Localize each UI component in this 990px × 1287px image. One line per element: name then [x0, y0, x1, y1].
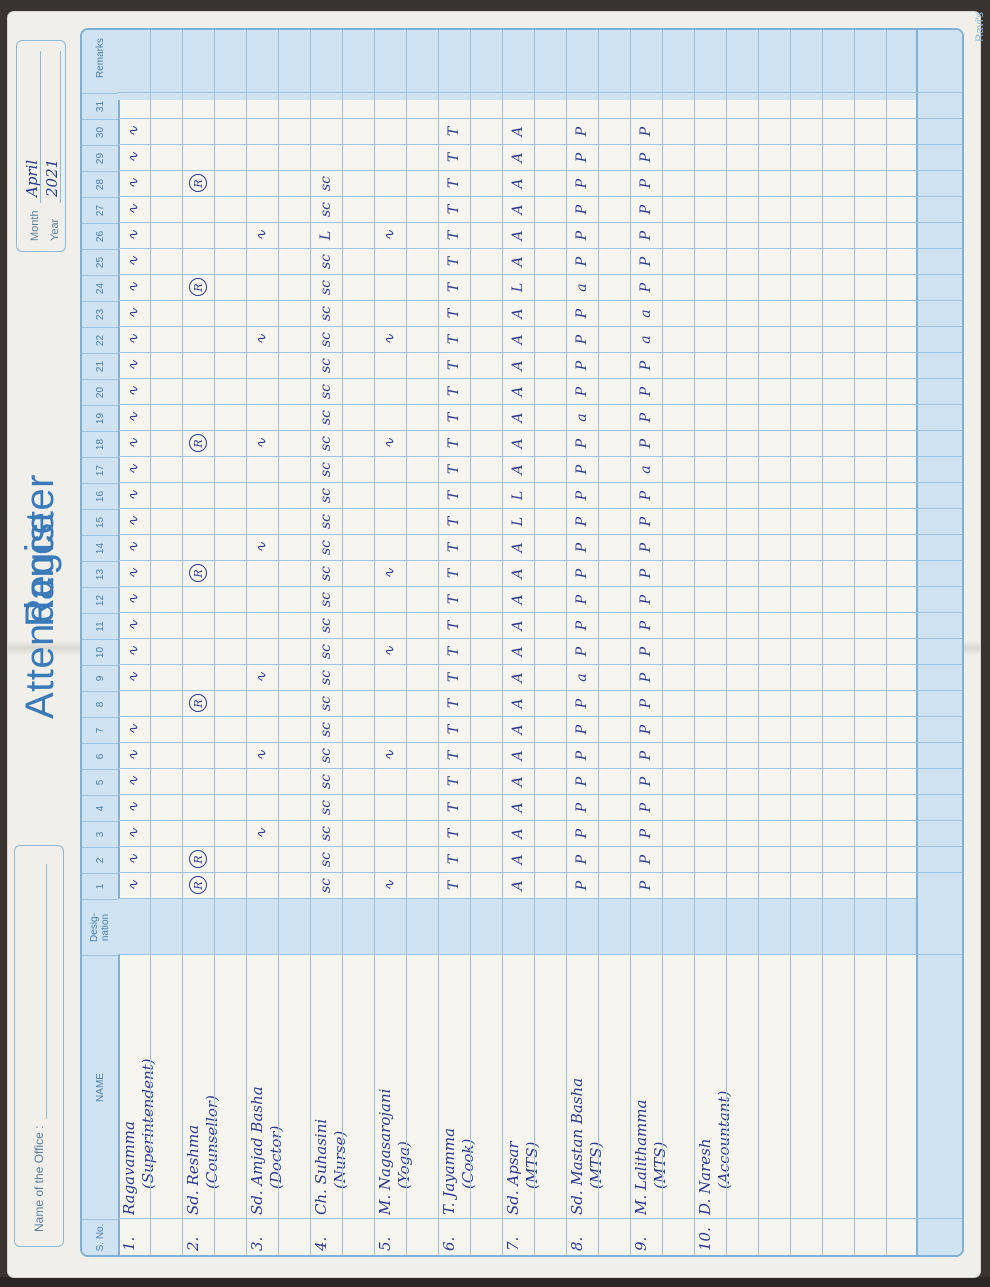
attendance-mark[interactable]: T [438, 690, 470, 717]
attendance-mark[interactable]: T [438, 248, 470, 275]
attendance-mark[interactable]: sc [310, 794, 342, 821]
signature-mark[interactable]: ∿ [118, 118, 150, 145]
attendance-mark[interactable]: T [438, 274, 470, 301]
attendance-mark[interactable]: P [630, 274, 662, 301]
mark-text: sc [318, 592, 334, 607]
mark-text: R [189, 435, 207, 453]
signature-mark[interactable]: ∿ [118, 430, 150, 457]
header-day: 30 [82, 119, 118, 145]
attendance-mark[interactable]: A [502, 742, 534, 769]
attendance-mark[interactable]: P [566, 586, 598, 613]
mark-text: ∿ [254, 672, 270, 684]
attendance-mark[interactable]: A [502, 456, 534, 483]
attendance-mark[interactable]: T [438, 404, 470, 431]
signature-mark[interactable]: ∿ [118, 586, 150, 613]
attendance-mark[interactable]: P [630, 612, 662, 639]
office-name-field[interactable]: Name of the Office : [14, 845, 64, 1247]
staff-sno: 7. [504, 1237, 522, 1251]
mark-text: T [446, 283, 462, 292]
attendance-mark[interactable]: sc [310, 170, 342, 197]
staff-name: Sd. Reshma [184, 1125, 202, 1215]
header-day: 14 [82, 535, 118, 561]
header-day: 19 [82, 405, 118, 431]
attendance-mark[interactable]: T [438, 664, 470, 691]
office-label: Name of the Office : [32, 1126, 46, 1233]
mark-text: a [574, 673, 590, 681]
attendance-mark[interactable]: P [630, 534, 662, 561]
grid-line [246, 30, 247, 1255]
attendance-mark[interactable]: T [438, 482, 470, 509]
signature-mark[interactable]: ∿ [246, 326, 278, 353]
attendance-mark[interactable]: P [630, 144, 662, 171]
attendance-mark[interactable]: P [566, 872, 598, 899]
grid-line [118, 638, 962, 639]
signature-mark[interactable]: ∿ [374, 222, 406, 249]
signature-mark[interactable]: ∿ [118, 742, 150, 769]
grid-line [118, 1218, 962, 1219]
attendance-mark[interactable]: a [630, 456, 662, 483]
mark-text: A [510, 256, 526, 266]
mark-text: T [446, 361, 462, 370]
attendance-mark[interactable]: a [566, 664, 598, 691]
mark-text: T [446, 647, 462, 656]
mark-text: P [574, 491, 590, 500]
attendance-mark[interactable]: A [502, 612, 534, 639]
attendance-mark[interactable]: P [630, 404, 662, 431]
mark-text: T [446, 387, 462, 396]
attendance-mark[interactable]: T [438, 300, 470, 327]
signature-mark[interactable]: ∿ [246, 820, 278, 847]
attendance-mark[interactable]: T [438, 846, 470, 873]
grid-line [118, 690, 962, 691]
attendance-mark[interactable]: P [566, 196, 598, 223]
staff-name-cell: D. Naresh(Accountant) [696, 957, 734, 1215]
attendance-mark[interactable]: A [502, 170, 534, 197]
mark-text: T [446, 231, 462, 240]
attendance-mark[interactable]: P [566, 690, 598, 717]
attendance-mark[interactable]: sc [310, 638, 342, 665]
attendance-mark[interactable]: P [566, 846, 598, 873]
signature-mark[interactable]: ∿ [118, 378, 150, 405]
mark-text: ∿ [126, 516, 142, 528]
mark-text: sc [318, 826, 334, 841]
header-day: 23 [82, 301, 118, 327]
attendance-mark[interactable]: T [438, 612, 470, 639]
attendance-mark[interactable]: sc [310, 430, 342, 457]
attendance-mark[interactable]: sc [310, 690, 342, 717]
attendance-mark[interactable]: sc [310, 248, 342, 275]
attendance-mark[interactable]: A [502, 404, 534, 431]
attendance-mark[interactable]: A [502, 820, 534, 847]
attendance-mark[interactable]: P [630, 820, 662, 847]
attendance-mark[interactable]: T [438, 170, 470, 197]
signature-mark[interactable]: ∿ [118, 144, 150, 171]
attendance-mark[interactable]: P [566, 118, 598, 145]
attendance-mark[interactable]: T [438, 326, 470, 353]
attendance-mark[interactable]: sc [310, 742, 342, 769]
attendance-mark[interactable]: a [566, 404, 598, 431]
mark-text: sc [318, 696, 334, 711]
attendance-mark[interactable]: T [438, 508, 470, 535]
staff-role: (Cook) [459, 957, 478, 1215]
mark-text: P [638, 127, 654, 136]
grid-line [118, 352, 962, 353]
signature-mark[interactable]: ∿ [118, 248, 150, 275]
signature-mark[interactable]: ∿ [118, 274, 150, 301]
attendance-mark[interactable]: A [502, 196, 534, 223]
header-day: 3 [82, 821, 118, 847]
attendance-mark[interactable]: A [502, 248, 534, 275]
mark-text: P [638, 855, 654, 864]
attendance-mark[interactable]: P [566, 456, 598, 483]
attendance-mark[interactable]: R [182, 430, 214, 457]
attendance-mark[interactable]: a [630, 326, 662, 353]
signature-mark[interactable]: ∿ [118, 534, 150, 561]
attendance-mark[interactable]: sc [310, 196, 342, 223]
mark-text: A [510, 152, 526, 162]
attendance-mark[interactable]: P [630, 690, 662, 717]
attendance-mark[interactable]: P [566, 170, 598, 197]
mark-text: T [446, 595, 462, 604]
attendance-mark[interactable]: sc [310, 560, 342, 587]
attendance-mark[interactable]: P [630, 742, 662, 769]
attendance-mark[interactable]: R [182, 846, 214, 873]
mark-text: P [574, 439, 590, 448]
signature-mark[interactable]: ∿ [246, 222, 278, 249]
attendance-mark[interactable]: T [438, 872, 470, 899]
attendance-mark[interactable]: P [630, 846, 662, 873]
mark-text: A [510, 620, 526, 630]
signature-mark[interactable]: ∿ [374, 638, 406, 665]
mark-text: sc [318, 852, 334, 867]
staff-role: (MTS) [587, 957, 606, 1215]
mark-text: a [574, 283, 590, 291]
attendance-mark[interactable]: A [502, 794, 534, 821]
signature-mark[interactable]: ∿ [118, 508, 150, 535]
attendance-mark[interactable]: A [502, 846, 534, 873]
attendance-mark[interactable]: T [438, 222, 470, 249]
attendance-mark[interactable]: P [630, 716, 662, 743]
attendance-mark[interactable]: P [566, 430, 598, 457]
signature-mark[interactable]: ∿ [118, 300, 150, 327]
mark-text: P [638, 829, 654, 838]
attendance-mark[interactable]: P [630, 508, 662, 535]
attendance-mark[interactable]: A [502, 560, 534, 587]
attendance-mark[interactable]: sc [310, 300, 342, 327]
grid-line [118, 92, 962, 93]
attendance-mark[interactable]: P [566, 716, 598, 743]
signature-mark[interactable]: ∿ [118, 326, 150, 353]
mark-text: A [510, 750, 526, 760]
signature-mark[interactable]: ∿ [118, 352, 150, 379]
grid-line [118, 664, 962, 665]
signature-mark[interactable]: ∿ [118, 170, 150, 197]
signature-mark[interactable]: ∿ [118, 846, 150, 873]
attendance-mark[interactable]: P [566, 638, 598, 665]
attendance-mark[interactable]: L [310, 222, 342, 249]
signature-mark[interactable]: ∿ [246, 664, 278, 691]
attendance-mark[interactable]: P [630, 222, 662, 249]
mark-text: ∿ [126, 334, 142, 346]
attendance-mark[interactable]: sc [310, 846, 342, 873]
header-name: NAME [82, 955, 118, 1219]
attendance-mark[interactable]: sc [310, 612, 342, 639]
attendance-mark[interactable]: P [566, 248, 598, 275]
attendance-mark[interactable]: P [566, 144, 598, 171]
attendance-mark[interactable]: P [630, 196, 662, 223]
attendance-mark[interactable]: R [182, 560, 214, 587]
mark-text: P [574, 465, 590, 474]
attendance-mark[interactable]: P [630, 768, 662, 795]
mark-text: sc [318, 644, 334, 659]
mark-text: ∿ [382, 646, 398, 658]
signature-mark[interactable]: ∿ [118, 482, 150, 509]
grid-line [118, 794, 962, 795]
signature-mark[interactable]: ∿ [118, 222, 150, 249]
attendance-mark[interactable]: L [502, 274, 534, 301]
mark-text: P [574, 699, 590, 708]
attendance-mark[interactable]: sc [310, 664, 342, 691]
attendance-mark[interactable]: sc [310, 872, 342, 899]
staff-name-cell: Ragavamma(Superintendent) [120, 957, 158, 1215]
mark-text: ∿ [126, 594, 142, 606]
mark-text: sc [318, 488, 334, 503]
attendance-mark[interactable]: P [630, 560, 662, 587]
attendance-mark[interactable]: T [438, 560, 470, 587]
signature-mark[interactable]: ∿ [374, 326, 406, 353]
attendance-mark[interactable]: P [630, 482, 662, 509]
header-day: 10 [82, 639, 118, 665]
signature-mark[interactable]: ∿ [374, 742, 406, 769]
attendance-mark[interactable]: R [182, 170, 214, 197]
attendance-mark[interactable]: A [502, 768, 534, 795]
staff-name: M. Nagasarojani [376, 1089, 394, 1215]
attendance-mark[interactable]: A [502, 872, 534, 899]
header-day: 27 [82, 197, 118, 223]
attendance-mark[interactable]: P [566, 534, 598, 561]
mark-text: T [446, 439, 462, 448]
attendance-mark[interactable]: P [630, 638, 662, 665]
attendance-mark[interactable]: P [566, 300, 598, 327]
mark-text: P [574, 153, 590, 162]
mark-text: sc [318, 618, 334, 633]
attendance-mark[interactable]: L [502, 482, 534, 509]
attendance-mark[interactable]: P [630, 664, 662, 691]
attendance-mark[interactable]: sc [310, 508, 342, 535]
attendance-mark[interactable]: L [502, 508, 534, 535]
grid-line [150, 30, 151, 1255]
attendance-mark[interactable]: A [502, 222, 534, 249]
mark-text: A [510, 698, 526, 708]
mark-text: T [446, 803, 462, 812]
signature-mark[interactable]: ∿ [118, 794, 150, 821]
attendance-mark[interactable]: T [438, 430, 470, 457]
grid-line [502, 30, 503, 1255]
year-value[interactable]: 2021 [44, 51, 61, 203]
attendance-mark[interactable]: T [438, 768, 470, 795]
attendance-mark[interactable]: sc [310, 482, 342, 509]
mark-text: ∿ [254, 750, 270, 762]
attendance-mark[interactable]: T [438, 378, 470, 405]
attendance-mark[interactable]: sc [310, 768, 342, 795]
attendance-mark[interactable]: R [182, 690, 214, 717]
attendance-mark[interactable]: T [438, 118, 470, 145]
attendance-mark[interactable]: A [502, 716, 534, 743]
attendance-mark[interactable]: A [502, 326, 534, 353]
attendance-mark[interactable]: T [438, 820, 470, 847]
attendance-mark[interactable]: A [502, 352, 534, 379]
attendance-mark[interactable]: A [502, 300, 534, 327]
mark-text: P [574, 205, 590, 214]
signature-mark[interactable]: ∿ [246, 534, 278, 561]
attendance-mark[interactable]: sc [310, 586, 342, 613]
attendance-mark[interactable]: P [630, 248, 662, 275]
mark-text: P [638, 439, 654, 448]
attendance-mark[interactable]: T [438, 144, 470, 171]
attendance-mark[interactable]: P [566, 742, 598, 769]
attendance-mark[interactable]: P [566, 378, 598, 405]
attendance-mark[interactable]: P [566, 508, 598, 535]
attendance-mark[interactable]: P [566, 612, 598, 639]
signature-mark[interactable]: ∿ [374, 430, 406, 457]
mark-text: ∿ [126, 724, 142, 736]
mark-text: sc [318, 566, 334, 581]
mark-text: R [189, 279, 207, 297]
signature-mark[interactable]: ∿ [246, 430, 278, 457]
attendance-mark[interactable]: P [630, 430, 662, 457]
mark-text: A [510, 360, 526, 370]
staff-sno: 10. [696, 1227, 714, 1251]
mark-text: P [574, 309, 590, 318]
attendance-mark[interactable]: P [630, 118, 662, 145]
signature-mark[interactable]: ∿ [118, 872, 150, 899]
attendance-mark[interactable]: sc [310, 274, 342, 301]
grid-line [118, 716, 962, 717]
attendance-mark[interactable]: T [438, 638, 470, 665]
mark-text: ∿ [126, 620, 142, 632]
grid-line [438, 30, 439, 1255]
staff-sno: 5. [376, 1237, 394, 1251]
attendance-mark[interactable]: T [438, 534, 470, 561]
attendance-mark[interactable]: P [630, 794, 662, 821]
attendance-mark[interactable]: T [438, 586, 470, 613]
signature-mark[interactable]: ∿ [118, 456, 150, 483]
attendance-mark[interactable]: A [502, 118, 534, 145]
attendance-mark[interactable]: T [438, 456, 470, 483]
attendance-mark[interactable]: P [566, 222, 598, 249]
mark-text: sc [318, 332, 334, 347]
attendance-mark[interactable]: A [502, 690, 534, 717]
attendance-mark[interactable]: A [502, 378, 534, 405]
attendance-mark[interactable]: A [502, 638, 534, 665]
attendance-mark[interactable]: a [566, 274, 598, 301]
attendance-mark[interactable]: sc [310, 456, 342, 483]
staff-name-cell: T. Jayamma(Cook) [440, 957, 478, 1215]
mark-text: ∿ [126, 282, 142, 294]
header-day: 15 [82, 509, 118, 535]
mark-text: P [638, 543, 654, 552]
mark-text: T [446, 179, 462, 188]
grid-line [118, 300, 962, 301]
attendance-mark[interactable]: P [630, 378, 662, 405]
attendance-mark[interactable]: P [566, 560, 598, 587]
mark-text: R [189, 851, 207, 869]
attendance-mark[interactable]: A [502, 430, 534, 457]
attendance-mark[interactable]: sc [310, 820, 342, 847]
attendance-mark[interactable]: P [566, 820, 598, 847]
mark-text: ∿ [126, 802, 142, 814]
attendance-mark[interactable]: T [438, 716, 470, 743]
signature-mark[interactable]: ∿ [118, 820, 150, 847]
attendance-mark[interactable]: T [438, 742, 470, 769]
attendance-mark[interactable]: P [566, 482, 598, 509]
mark-text: P [574, 387, 590, 396]
signature-mark[interactable]: ∿ [118, 404, 150, 431]
signature-mark[interactable]: ∿ [118, 638, 150, 665]
grid-line [118, 612, 962, 613]
signature-mark[interactable]: ∿ [246, 742, 278, 769]
attendance-mark[interactable]: A [502, 664, 534, 691]
staff-role: (Yoga) [395, 957, 414, 1215]
attendance-mark[interactable]: P [630, 352, 662, 379]
mark-text: A [510, 230, 526, 240]
mark-text: ∿ [126, 672, 142, 684]
attendance-mark[interactable]: P [630, 586, 662, 613]
mark-text: ∿ [126, 828, 142, 840]
attendance-mark[interactable]: sc [310, 352, 342, 379]
attendance-mark[interactable]: P [630, 170, 662, 197]
attendance-mark[interactable]: sc [310, 404, 342, 431]
attendance-mark[interactable]: T [438, 352, 470, 379]
signature-mark[interactable]: ∿ [118, 664, 150, 691]
signature-mark[interactable]: ∿ [374, 560, 406, 587]
attendance-mark[interactable]: P [630, 872, 662, 899]
attendance-mark[interactable]: R [182, 274, 214, 301]
signature-mark[interactable]: ∿ [118, 768, 150, 795]
signature-mark[interactable]: ∿ [374, 872, 406, 899]
attendance-mark[interactable]: sc [310, 378, 342, 405]
signature-mark[interactable]: ∿ [118, 560, 150, 587]
attendance-mark[interactable]: A [502, 534, 534, 561]
attendance-mark[interactable]: a [630, 300, 662, 327]
attendance-mark[interactable]: A [502, 586, 534, 613]
month-value[interactable]: April [24, 51, 41, 203]
signature-mark[interactable]: ∿ [118, 196, 150, 223]
grid-line [758, 30, 759, 1255]
mark-text: A [510, 126, 526, 136]
table-header: S. No. NAME Desig-nation 123456789101112… [82, 30, 120, 1255]
attendance-mark[interactable]: sc [310, 716, 342, 743]
mark-text: P [574, 855, 590, 864]
header-day: 31 [82, 93, 118, 119]
attendance-mark[interactable]: A [502, 144, 534, 171]
mark-text: ∿ [254, 334, 270, 346]
signature-mark[interactable]: ∿ [118, 612, 150, 639]
attendance-mark[interactable]: T [438, 794, 470, 821]
attendance-mark[interactable]: P [566, 352, 598, 379]
attendance-mark[interactable]: sc [310, 534, 342, 561]
attendance-mark[interactable]: P [566, 326, 598, 353]
mark-text: P [638, 361, 654, 370]
attendance-mark[interactable]: P [566, 794, 598, 821]
attendance-mark[interactable]: P [566, 768, 598, 795]
attendance-mark[interactable]: R [182, 872, 214, 899]
staff-role: (Accountant) [715, 957, 734, 1215]
attendance-mark[interactable]: T [438, 196, 470, 223]
signature-mark[interactable]: ∿ [118, 716, 150, 743]
attendance-mark[interactable]: sc [310, 326, 342, 353]
staff-name: Ch. Suhasini [312, 1119, 330, 1215]
